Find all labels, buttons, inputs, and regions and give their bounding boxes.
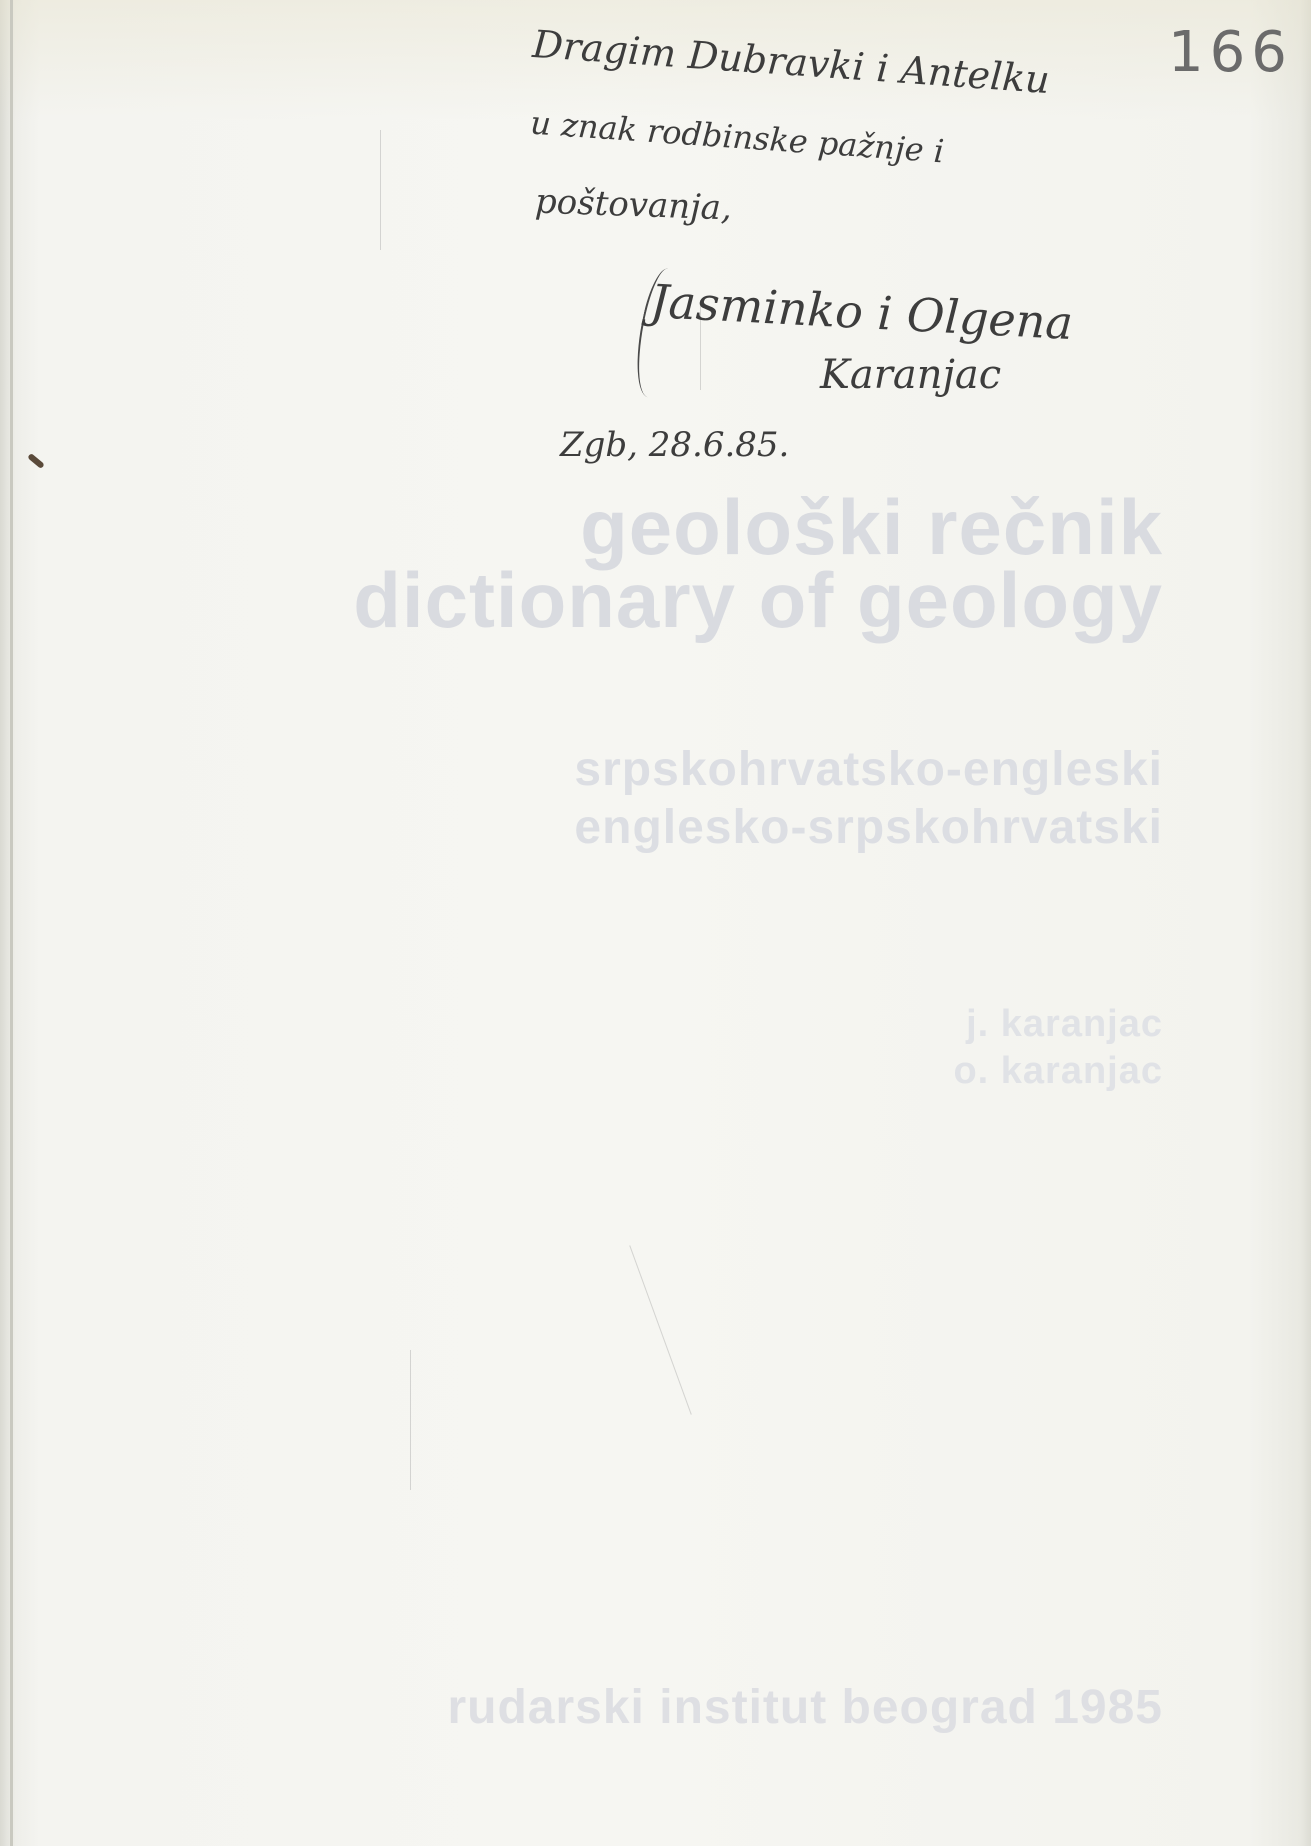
title-line-2: dictionary of geology (353, 555, 1163, 646)
author-1: j. karanjac (966, 1003, 1163, 1046)
place-and-date: Zgb, 28.6.85. (560, 425, 789, 465)
binding-edge (10, 0, 13, 1846)
paper-crease (380, 130, 381, 250)
scanned-page: geološki rečnik dictionary of geology sr… (0, 0, 1311, 1846)
dedication-line-1: Dragim Dubravki i Antelku (531, 22, 1051, 102)
pencil-page-number: 166 (1168, 20, 1293, 85)
ink-blot-mark (27, 453, 45, 469)
dedication-line-3: poštovanja, (534, 182, 732, 229)
paper-crease (410, 1350, 411, 1490)
paper-crease (629, 1245, 692, 1414)
subtitle-line-1: srpskohrvatsko-engleski (574, 742, 1163, 797)
signature-names: Jasminko i Olgena (649, 274, 1074, 350)
subtitle-line-2: englesko-srpskohrvatski (574, 800, 1163, 855)
dedication-line-2: u znak rodbinske pažnje i (529, 104, 945, 171)
author-2: o. karanjac (953, 1050, 1163, 1093)
signature-surname: Karanjac (820, 352, 1001, 398)
publisher-line: rudarski institut beograd 1985 (447, 1680, 1163, 1735)
